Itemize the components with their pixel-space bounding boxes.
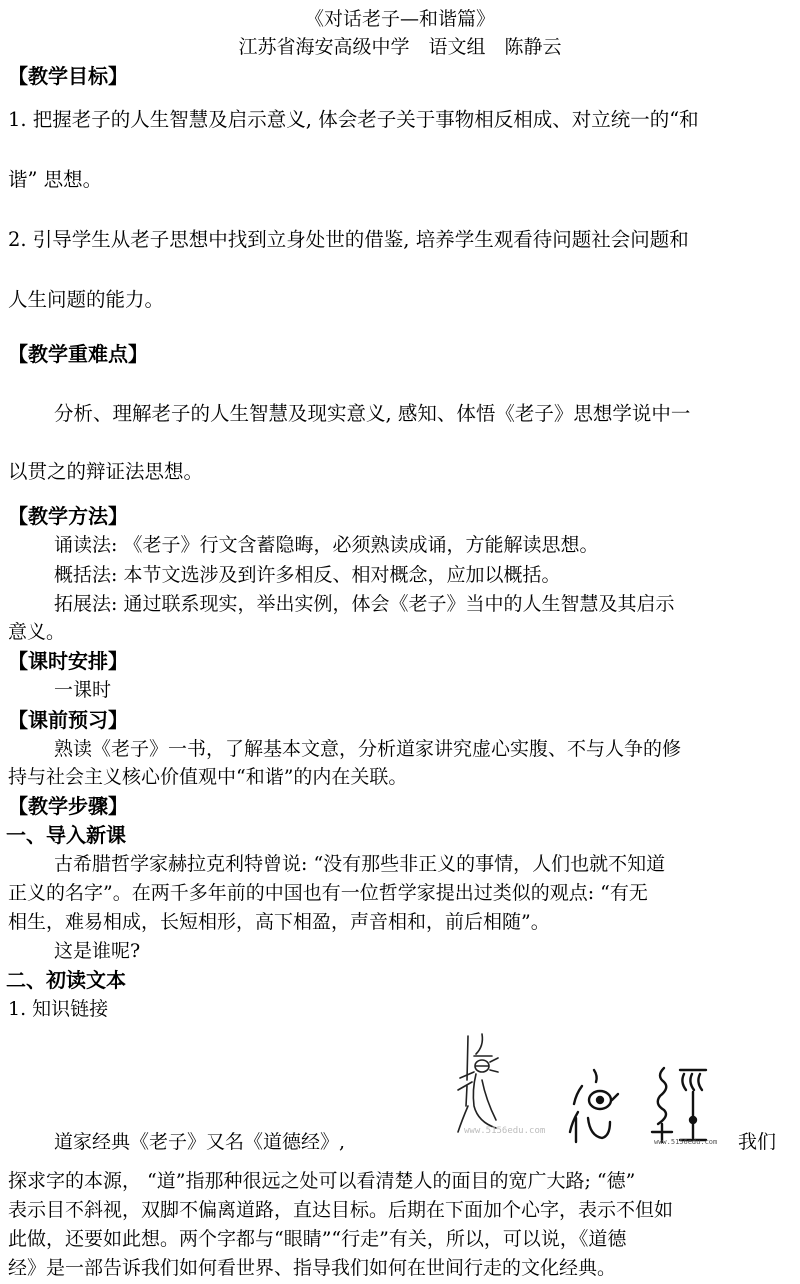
method-line-2: 概括法: 本节文选涉及到许多相反、相对概念，应加以概括。: [54, 560, 560, 587]
method-line-4: 意义。: [8, 617, 65, 644]
step2-sub-heading: 1. 知识链接: [8, 994, 108, 1021]
method-line-1: 诵读法: 《老子》行文含蓄隐晦，必须熟读成诵，方能解读思想。: [54, 530, 598, 557]
step1-line-2: 正义的名字”。在两千多年前的中国也有一位哲学家提出过类似的观点: “有无: [8, 878, 648, 905]
key-point-line-2: 以贯之的辩证法思想。: [8, 456, 203, 484]
step2-line-after-images: 我们: [738, 1127, 776, 1154]
section-heading-preview: 【课前预习】: [8, 704, 128, 733]
schedule-line-1: 一课时: [54, 675, 111, 702]
section-heading-schedule: 【课时安排】: [8, 645, 128, 674]
step1-line-3: 相生，难易相成，长短相形，高下相盈，声音相和，前后相随”。: [8, 907, 550, 934]
preview-line-1: 熟读《老子》一书，了解基本文意，分析道家讲究虚心实腹、不与人争的修: [54, 734, 681, 761]
step1-line-1: 古希腊哲学家赫拉克利特曾说: “没有那些非正义的事情，人们也就不知道: [54, 849, 665, 876]
goal-line-2: 谐” 思想。: [8, 164, 102, 192]
method-line-3: 拓展法: 通过联系现实，举出实例，体会《老子》当中的人生智慧及其启示: [54, 589, 674, 616]
step1-line-4: 这是谁呢?: [54, 936, 140, 963]
preview-line-2: 持与社会主义核心价值观中“和谐”的内在关联。: [8, 762, 407, 789]
goal-line-3: 2. 引导学生从老子思想中找到立身处世的借鉴, 培养学生观看待问题社会问题和: [8, 224, 689, 252]
key-point-line-1: 分析、理解老子的人生智慧及现实意义, 感知、体悟《老子》思想学说中一: [54, 398, 690, 426]
seal-script-de-jing-image: www.5156edu.com: [560, 1060, 738, 1150]
step2-heading: 二、初读文本: [6, 964, 126, 993]
section-heading-key-points: 【教学重难点】: [8, 338, 148, 367]
goal-line-1: 1. 把握老子的人生智慧及启示意义, 体会老子关于事物相反相成、对立统一的“和: [8, 104, 699, 132]
seal-script-de-jing-icon: [560, 1060, 738, 1150]
author-line: 江苏省海安高级中学 语文组 陈静云: [0, 32, 800, 59]
section-heading-goals: 【教学目标】: [8, 60, 128, 89]
step2-line-2: 表示目不斜视，双脚不偏离道路，直达目标。后期在下面加个心字，表示不但如: [8, 1195, 673, 1222]
section-heading-steps: 【教学步骤】: [8, 790, 128, 819]
step1-heading: 一、导入新课: [6, 819, 126, 848]
step2-line-before-images: 道家经典《老子》又名《道德经》,: [54, 1127, 345, 1154]
goal-line-4: 人生问题的能力。: [8, 284, 164, 312]
step2-line-1: 探求字的本源， “道”指那种很远之处可以看清楚人的面目的宽广大路; “德”: [8, 1166, 635, 1193]
step2-line-3: 此做，还要如此想。两个字都与“眼睛”“行走”有关，所以，可以说，《道德: [8, 1224, 626, 1251]
step2-line-4: 经》是一部告诉我们如何看世界、指导我们如何在世间行走的文化经典。: [8, 1253, 616, 1280]
section-heading-methods: 【教学方法】: [8, 500, 128, 529]
image-caption-1: www.5156edu.com: [464, 1126, 545, 1136]
image-caption-2: www.5156edu.com: [654, 1138, 717, 1146]
document-title: 《对话老子—和谐篇》: [0, 4, 800, 31]
